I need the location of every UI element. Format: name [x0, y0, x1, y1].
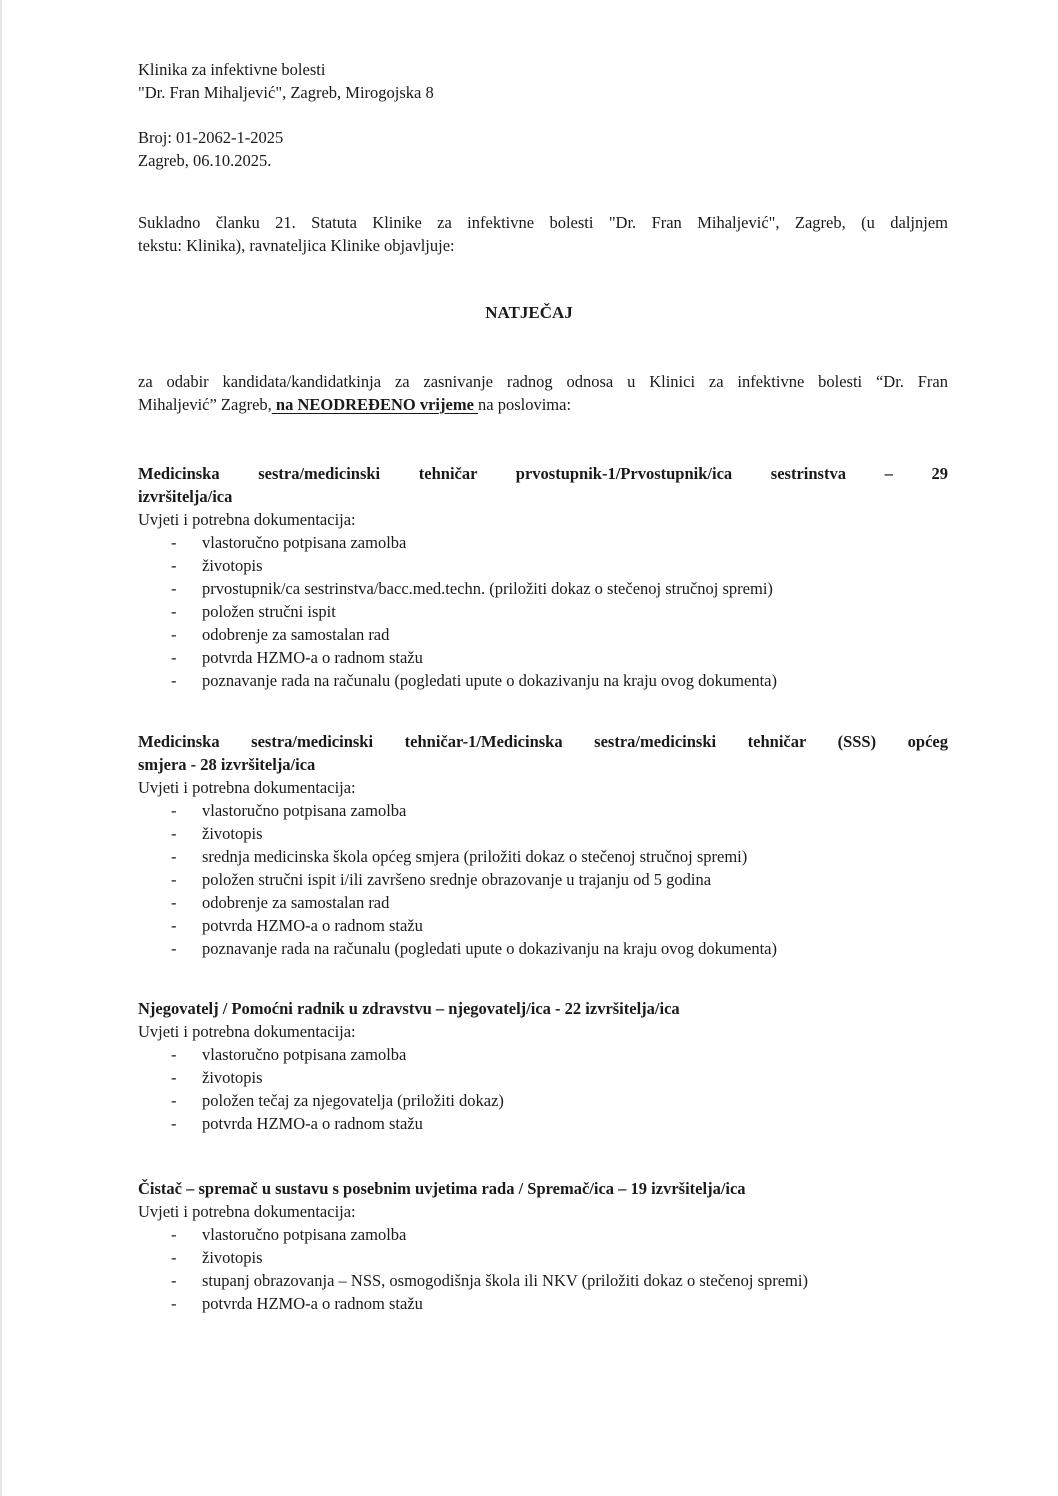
list-item: životopis	[138, 822, 948, 845]
intro-paragraph: Sukladno članku 21. Statuta Klinike za i…	[138, 211, 948, 257]
list-item: potvrda HZMO-a o radnom stažu	[138, 1112, 948, 1135]
subject-text: Mihaljević” Zagreb,	[138, 395, 272, 414]
position-section: Čistač – spremač u sustavu s posebnim uv…	[138, 1177, 948, 1315]
position-title: Čistač – spremač u sustavu s posebnim uv…	[138, 1177, 948, 1200]
position-section: Medicinska sestra/medicinski tehničar pr…	[138, 462, 948, 692]
scan-edge	[0, 0, 2, 1496]
list-item: srednja medicinska škola općeg smjera (p…	[138, 845, 948, 868]
position-title: smjera - 28 izvršitelja/ica	[138, 753, 948, 776]
institution-name: Klinika za infektivne bolesti	[138, 58, 948, 81]
reference-number: Broj: 01-2062-1-2025	[138, 126, 948, 149]
requirements-label: Uvjeti i potrebna dokumentacija:	[138, 776, 948, 799]
requirements-label: Uvjeti i potrebna dokumentacija:	[138, 1200, 948, 1223]
list-item: odobrenje za samostalan rad	[138, 891, 948, 914]
subject-text: na poslovima:	[478, 395, 571, 414]
requirements-label: Uvjeti i potrebna dokumentacija:	[138, 1020, 948, 1043]
position-title: Njegovatelj / Pomoćni radnik u zdravstvu…	[138, 997, 948, 1020]
position-title: izvršitelja/ica	[138, 485, 948, 508]
list-item: stupanj obrazovanja – NSS, osmogodišnja …	[138, 1269, 948, 1292]
position-section: Medicinska sestra/medicinski tehničar-1/…	[138, 730, 948, 960]
requirements-list: vlastoručno potpisana zamolba životopis …	[138, 531, 948, 692]
list-item: položen stručni ispit i/ili završeno sre…	[138, 868, 948, 891]
position-section: Njegovatelj / Pomoćni radnik u zdravstvu…	[138, 997, 948, 1135]
employment-type-emphasis: na NEODREĐENO vrijeme	[272, 395, 478, 414]
list-item: položen tečaj za njegovatelja (priložiti…	[138, 1089, 948, 1112]
list-item: vlastoručno potpisana zamolba	[138, 1223, 948, 1246]
list-item: poznavanje rada na računalu (pogledati u…	[138, 669, 948, 692]
document-page: Klinika za infektivne bolesti "Dr. Fran …	[0, 0, 1058, 1496]
list-item: potvrda HZMO-a o radnom stažu	[138, 914, 948, 937]
place-date: Zagreb, 06.10.2025.	[138, 149, 948, 172]
subject-line: za odabir kandidata/kandidatkinja za zas…	[138, 370, 948, 393]
institution-address: "Dr. Fran Mihaljević", Zagreb, Mirogojsk…	[138, 81, 948, 104]
list-item: životopis	[138, 1246, 948, 1269]
list-item: vlastoručno potpisana zamolba	[138, 531, 948, 554]
requirements-list: vlastoručno potpisana zamolba životopis …	[138, 1043, 948, 1135]
letterhead: Klinika za infektivne bolesti "Dr. Fran …	[138, 58, 948, 104]
list-item: prvostupnik/ca sestrinstva/bacc.med.tech…	[138, 577, 948, 600]
list-item: položen stručni ispit	[138, 600, 948, 623]
document-title: NATJEČAJ	[0, 301, 1058, 324]
list-item: vlastoručno potpisana zamolba	[138, 1043, 948, 1066]
subject-line: Mihaljević” Zagreb, na NEODREĐENO vrijem…	[138, 393, 948, 416]
list-item: odobrenje za samostalan rad	[138, 623, 948, 646]
requirements-label: Uvjeti i potrebna dokumentacija:	[138, 508, 948, 531]
list-item: potvrda HZMO-a o radnom stažu	[138, 646, 948, 669]
reference-block: Broj: 01-2062-1-2025 Zagreb, 06.10.2025.	[138, 126, 948, 172]
list-item: životopis	[138, 1066, 948, 1089]
position-title: Medicinska sestra/medicinski tehničar-1/…	[138, 730, 948, 753]
list-item: potvrda HZMO-a o radnom stažu	[138, 1292, 948, 1315]
list-item: životopis	[138, 554, 948, 577]
position-title: Medicinska sestra/medicinski tehničar pr…	[138, 462, 948, 485]
list-item: poznavanje rada na računalu (pogledati u…	[138, 937, 948, 960]
requirements-list: vlastoručno potpisana zamolba životopis …	[138, 1223, 948, 1315]
intro-line: Sukladno članku 21. Statuta Klinike za i…	[138, 211, 948, 234]
intro-line: tekstu: Klinika), ravnateljica Klinike o…	[138, 234, 948, 257]
subject-paragraph: za odabir kandidata/kandidatkinja za zas…	[138, 370, 948, 416]
list-item: vlastoručno potpisana zamolba	[138, 799, 948, 822]
requirements-list: vlastoručno potpisana zamolba životopis …	[138, 799, 948, 960]
